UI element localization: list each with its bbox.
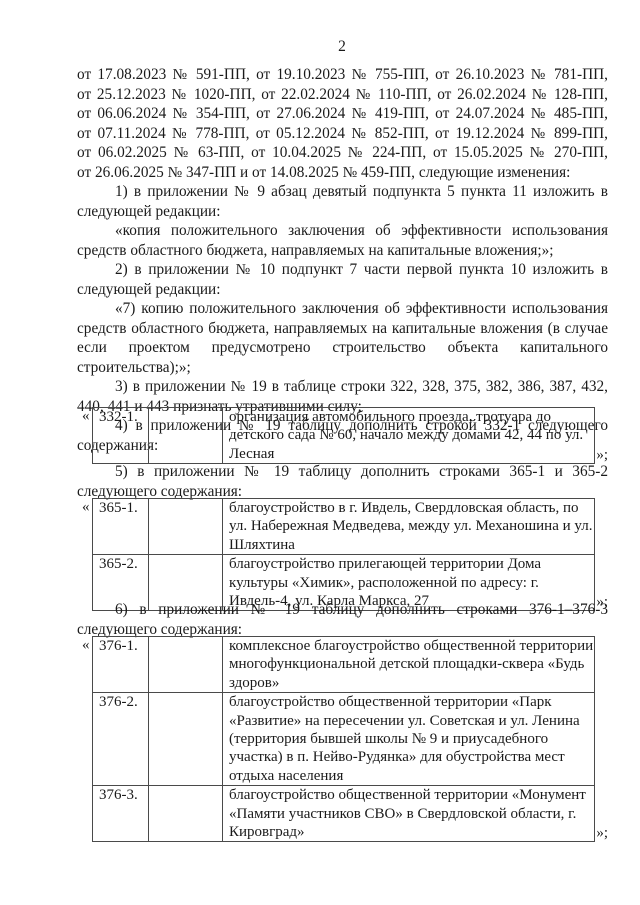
table-row: 376-1. комплексное благоустройство общес… [93,637,595,693]
intro-paragraph: от 17.08.2023 № 591-ПП, от 19.10.2023 № … [77,65,608,182]
table-332-wrapper: « 332-1. организация автомобильного прое… [77,407,608,464]
row-col2 [149,786,223,842]
row-col2 [149,693,223,786]
row-number: 365-1. [93,499,149,555]
row-col2 [149,637,223,693]
row-number: 376-2. [93,693,149,786]
item-1-quote: «копия положительного заключения об эффе… [77,221,608,260]
item-2-quote: «7) копию положительного заключения об э… [77,299,608,377]
item-1: 1) в приложении № 9 абзац девятый подпун… [77,182,608,221]
close-quote: »; [596,824,608,842]
table-row: 365-1. благоустройство в г. Ивдель, Свер… [93,499,595,555]
intro-line: от 07.11.2024 № 778-ПП, от 05.12.2024 № … [77,124,608,144]
item-6-block: 6) в приложении № 19 таблицу дополнить с… [77,600,608,639]
intro-line: от 06.02.2025 № 63-ПП, от 10.04.2025 № 2… [77,143,608,163]
intro-line: от 25.12.2023 № 1020-ПП, от 22.02.2024 №… [77,85,608,105]
intro-line: от 26.06.2025 № 347-ПП и от 14.08.2025 №… [77,163,608,183]
table-row: 376-2. благоустройство общественной терр… [93,693,595,786]
open-quote: « [82,498,90,516]
row-text: благоустройство общественной территории … [223,786,595,842]
row-col2 [149,408,223,464]
table-row: 332-1. организация автомобильного проезд… [93,408,595,464]
item-5: 5) в приложении № 19 таблицу дополнить с… [77,462,608,501]
open-quote: « [82,407,90,425]
row-text: благоустройство в г. Ивдель, Свердловска… [223,499,595,555]
table-365-wrapper: « 365-1. благоустройство в г. Ивдель, Св… [77,498,608,611]
item-5-block: 5) в приложении № 19 таблицу дополнить с… [77,462,608,501]
row-col2 [149,499,223,555]
page-number: 2 [0,38,640,56]
item-6: 6) в приложении № 19 таблицу дополнить с… [77,600,608,639]
row-text: организация автомобильного проезда, трот… [223,408,595,464]
item-2: 2) в приложении № 10 подпункт 7 части пе… [77,260,608,299]
open-quote: « [82,636,90,654]
table-376-wrapper: « 376-1. комплексное благоустройство общ… [77,636,608,842]
amendment-table-3: 376-1. комплексное благоустройство общес… [92,636,595,842]
amendment-table-2: 365-1. благоустройство в г. Ивдель, Свер… [92,498,595,611]
row-text: благоустройство общественной территории … [223,693,595,786]
row-text: комплексное благоустройство общественной… [223,637,595,693]
row-number: 376-1. [93,637,149,693]
table-row: 376-3. благоустройство общественной терр… [93,786,595,842]
amendment-table-1: 332-1. организация автомобильного проезд… [92,407,595,464]
intro-line: от 17.08.2023 № 591-ПП, от 19.10.2023 № … [77,65,608,85]
row-number: 332-1. [93,408,149,464]
row-number: 376-3. [93,786,149,842]
intro-line: от 06.06.2024 № 354-ПП, от 27.06.2024 № … [77,104,608,124]
